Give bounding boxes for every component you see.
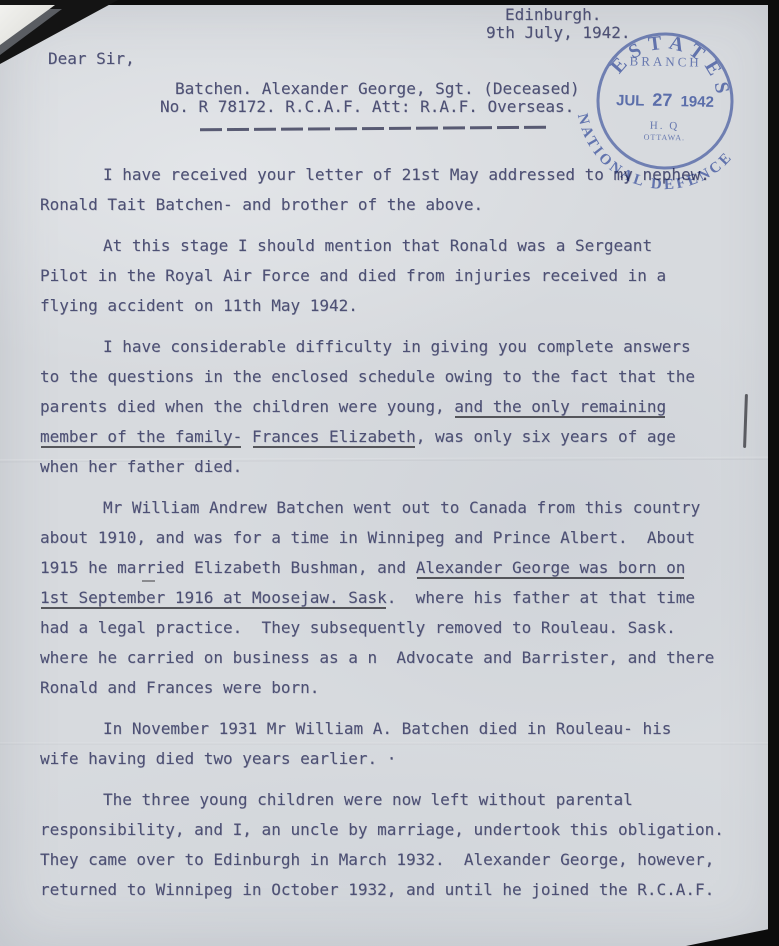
- typed-text: when her father died.: [40, 457, 242, 476]
- letter-line: 1915 he married Elizabeth Bushman, and A…: [40, 553, 752, 583]
- subject-line-1: Batchen. Alexander George, Sgt. (Decease…: [175, 80, 580, 98]
- typed-text: They came over to Edinburgh in March 193…: [40, 850, 714, 869]
- stamp-date-year: 1942: [680, 93, 714, 111]
- letter-line: Pilot in the Royal Air Force and died fr…: [40, 261, 752, 291]
- typed-text: [242, 427, 252, 446]
- paragraph: In November 1931 Mr William A. Batchen d…: [40, 714, 752, 774]
- stamp-branch-text: BRANCH: [629, 53, 701, 69]
- typed-text: about 1910, and was for a time in Winnip…: [40, 528, 695, 547]
- letter-line: flying accident on 11th May 1942.: [40, 291, 752, 321]
- typed-text: Ronald and Frances were born.: [40, 678, 319, 697]
- letter-line: wife having died two years earlier. ·: [40, 744, 752, 774]
- letter-line: responsibility, and I, an uncle by marri…: [40, 815, 752, 845]
- estates-branch-stamp: ESTATES NATIONAL DEFENCE BRANCH JUL 27 1…: [558, 0, 772, 208]
- stamp-city-text: OTTAWA.: [644, 133, 686, 143]
- letter-line: I have considerable difficulty in giving…: [40, 332, 752, 362]
- letter-line: 1st September 1916 at Moosejaw. Sask. wh…: [40, 583, 752, 613]
- typed-text: . where his father at that time: [387, 588, 695, 607]
- typed-text: Pilot in the Royal Air Force and died fr…: [40, 266, 666, 285]
- typed-text: had a legal practice. They subsequently …: [40, 618, 676, 637]
- typed-text: In November 1931 Mr William A. Batchen d…: [103, 719, 671, 738]
- typed-text: 1915 he married Elizabeth Bushman, and: [40, 558, 416, 577]
- pencil-underlined-text: member of the family-: [40, 427, 242, 446]
- pencil-underlined-text: Frances Elizabeth: [252, 427, 416, 446]
- svg-text:JUL 27 1942: JUL 27 1942: [616, 89, 714, 111]
- typed-text: Ronald Tait Batchen- and brother of the …: [40, 195, 483, 214]
- letter-line: Mr William Andrew Batchen went out to Ca…: [40, 493, 752, 523]
- stamp-date-month: JUL: [616, 92, 644, 109]
- typed-text: , was only six years of age: [416, 427, 676, 446]
- paragraph: At this stage I should mention that Rona…: [40, 231, 752, 321]
- pencil-underlined-text: Alexander George was born on: [416, 558, 686, 577]
- typed-text: Mr William Andrew Batchen went out to Ca…: [103, 498, 700, 517]
- typed-text: At this stage I should mention that Rona…: [103, 236, 652, 255]
- letter-line: In November 1931 Mr William A. Batchen d…: [40, 714, 752, 744]
- scan-edge-right: [768, 0, 779, 946]
- scan-edge-top: [0, 0, 779, 5]
- letter-line: where he carried on business as a n Advo…: [40, 643, 752, 673]
- letter-line: when her father died.: [40, 452, 752, 482]
- letter-line: Ronald and Frances were born.: [40, 673, 752, 703]
- pencil-underlined-text: and the only remaining: [454, 397, 666, 416]
- letter-line: about 1910, and was for a time in Winnip…: [40, 523, 752, 553]
- letter-line: member of the family- Frances Elizabeth,…: [40, 422, 752, 452]
- scanned-letter-page: Edinburgh. 9th July, 1942. Dear Sir, Bat…: [0, 0, 779, 946]
- letter-body: I have received your letter of 21st May …: [40, 160, 752, 916]
- letter-line: They came over to Edinburgh in March 193…: [40, 845, 752, 875]
- typed-text: wife having died two years earlier. ·: [40, 749, 396, 768]
- typed-text: parents died when the children were youn…: [40, 397, 454, 416]
- letter-line: At this stage I should mention that Rona…: [40, 231, 752, 261]
- salutation: Dear Sir,: [48, 50, 135, 68]
- subject-underline-rule: [200, 126, 547, 131]
- stamp-hq-text: H. Q: [650, 120, 680, 133]
- typed-text: I have considerable difficulty in giving…: [103, 337, 691, 356]
- letter-line: returned to Winnipeg in October 1932, an…: [40, 875, 752, 905]
- paragraph: I have considerable difficulty in giving…: [40, 332, 752, 482]
- letter-line: The three young children were now left w…: [40, 785, 752, 815]
- stamp-date-day: 27: [652, 90, 672, 110]
- paragraph: The three young children were now left w…: [40, 785, 752, 905]
- paragraph: Mr William Andrew Batchen went out to Ca…: [40, 493, 752, 703]
- letter-line: parents died when the children were youn…: [40, 392, 752, 422]
- typed-text: where he carried on business as a n Advo…: [40, 648, 714, 667]
- typed-text: The three young children were now left w…: [103, 790, 633, 809]
- typed-text: responsibility, and I, an uncle by marri…: [40, 820, 724, 839]
- letter-line: had a legal practice. They subsequently …: [40, 613, 752, 643]
- subject-line-2: No. R 78172. R.C.A.F. Att: R.A.F. Overse…: [160, 98, 574, 116]
- scan-edge-bottom-right: [686, 927, 779, 946]
- typed-text: to the questions in the enclosed schedul…: [40, 367, 695, 386]
- typed-text: returned to Winnipeg in October 1932, an…: [40, 880, 714, 899]
- letter-line: to the questions in the enclosed schedul…: [40, 362, 752, 392]
- pencil-tick-mark: [142, 580, 155, 582]
- typed-text: flying accident on 11th May 1942.: [40, 296, 358, 315]
- pencil-underlined-text: 1st September 1916 at Moosejaw. Sask: [40, 588, 387, 607]
